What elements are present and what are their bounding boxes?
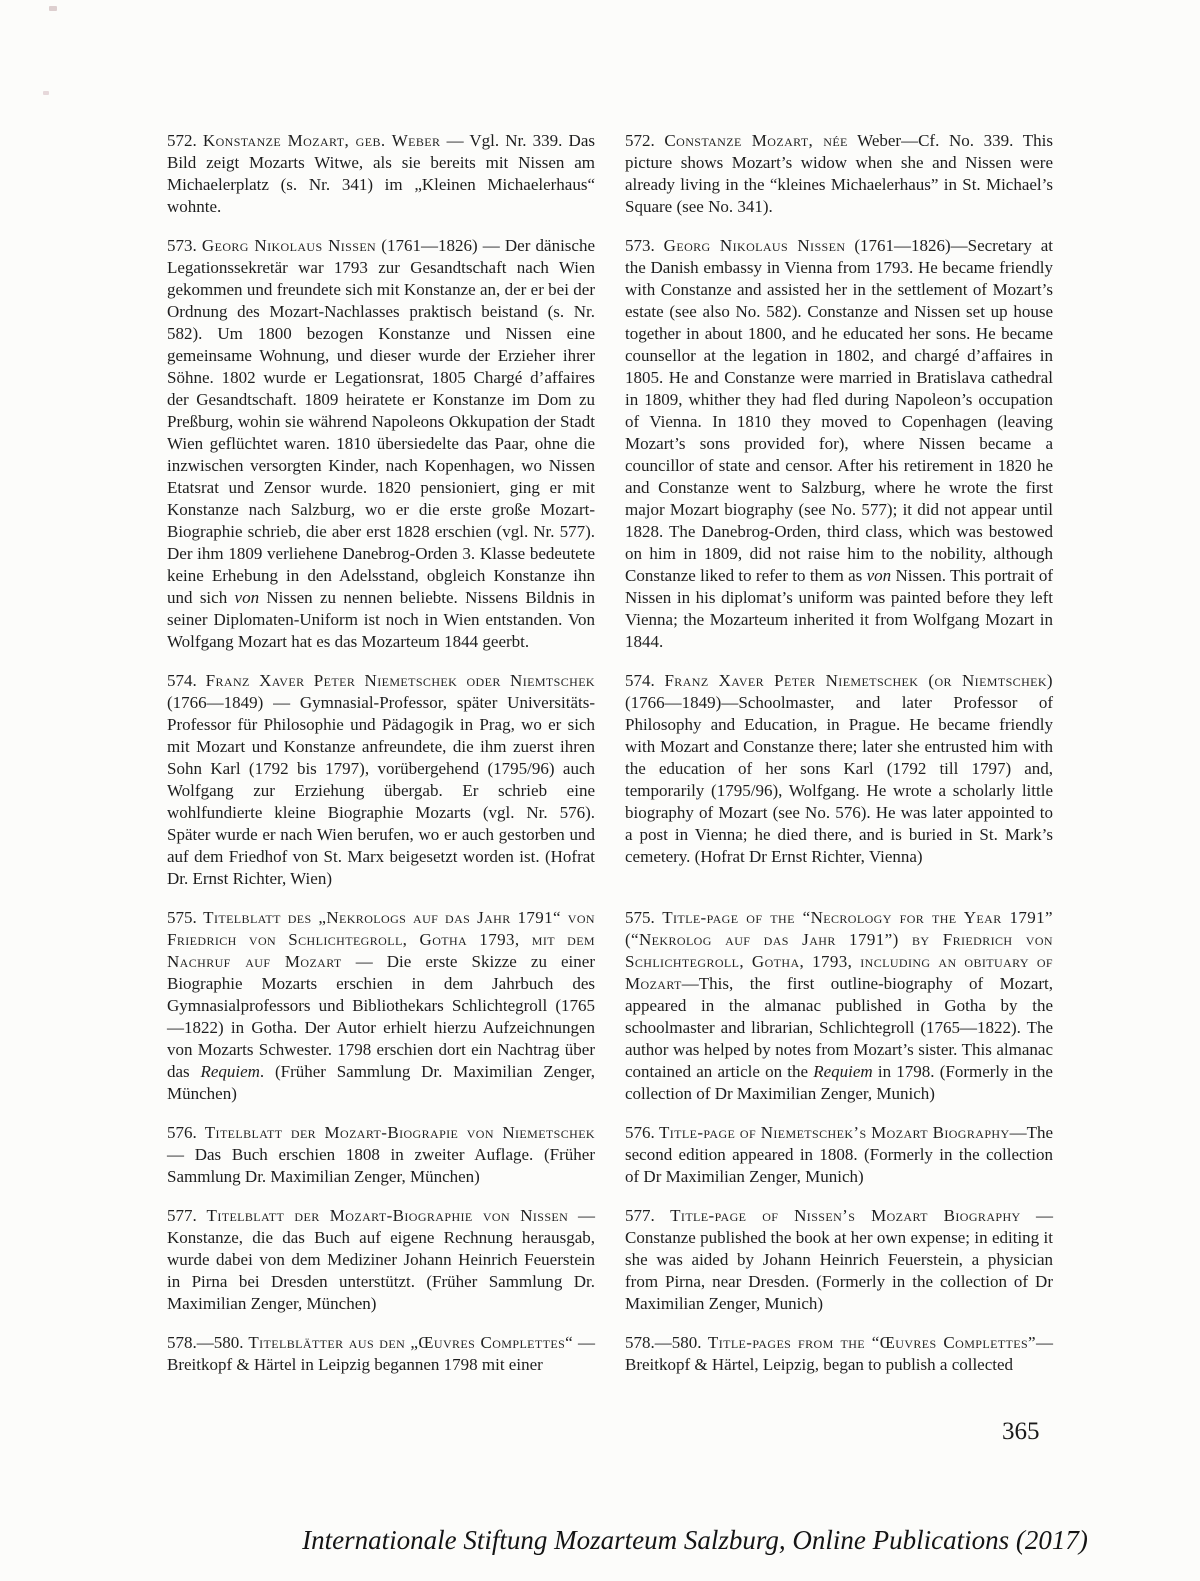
body-text: 573. <box>625 236 664 255</box>
body-text: — Das Buch erschien 1808 in zweiter Aufl… <box>167 1145 595 1186</box>
italic-text: von <box>235 588 260 607</box>
body-text: (1761—1826)—Secretary at the Danish emba… <box>625 236 1053 585</box>
body-text: 574. <box>167 671 206 690</box>
body-text: 578.—580. <box>167 1333 248 1352</box>
body-text: 572. <box>167 131 203 150</box>
entry-heading-text: Title-pages from the “Œuvres Complettes” <box>708 1333 1036 1352</box>
body-text: 575. <box>625 908 662 927</box>
entry-heading-text: Konstanze Mozart, geb. Weber <box>203 131 441 150</box>
entry-heading-text: Georg Nikolaus Nissen <box>664 236 846 255</box>
entry-576-en: 576. Title-page of Niemetschek’s Mozart … <box>625 1122 1053 1188</box>
entry-heading-text: Franz Xaver Peter Niemetschek oder Niemt… <box>206 671 595 690</box>
entry-573-en: 573. Georg Nikolaus Nissen (1761—1826)—S… <box>625 235 1053 653</box>
italic-text: von <box>867 566 892 585</box>
entry-heading-text: Georg Nikolaus Nissen <box>202 236 376 255</box>
entry-heading-text: Titelblätter aus den „Œuvres Complettes“ <box>248 1333 573 1352</box>
body-text: 574. <box>625 671 664 690</box>
scan-artifact-mark <box>43 91 49 95</box>
entry-577-en: 577. Title-page of Nissen’s Mozart Biogr… <box>625 1205 1053 1315</box>
entry-575-en: 575. Title-page of the “Necrology for th… <box>625 907 1053 1105</box>
body-text: 576. <box>167 1123 205 1142</box>
footer-credit: Internationale Stiftung Mozarteum Salzbu… <box>190 1524 1200 1556</box>
body-text: 577. <box>167 1206 207 1225</box>
entry-573-de: 573. Georg Nikolaus Nissen (1761—1826) —… <box>167 235 595 653</box>
entries-grid: 572. Konstanze Mozart, geb. Weber — Vgl.… <box>167 130 1053 1376</box>
entry-heading-text: Title-page of Niemetschek’s Mozart Biogr… <box>659 1123 1010 1142</box>
entry-578-de: 578.—580. Titelblätter aus den „Œuvres C… <box>167 1332 595 1376</box>
entry-578-en: 578.—580. Title-pages from the “Œuvres C… <box>625 1332 1053 1376</box>
entry-heading-text: Franz Xaver Peter Niemetschek (or Niemts… <box>664 671 1053 690</box>
body-text: 573. <box>167 236 202 255</box>
body-text: 577. <box>625 1206 670 1225</box>
body-text: 576. <box>625 1123 659 1142</box>
entry-heading-text: Constanze Mozart, née <box>664 131 847 150</box>
body-text: (1761—1826) — Der dänische Legationssekr… <box>167 236 595 607</box>
entry-572-de: 572. Konstanze Mozart, geb. Weber — Vgl.… <box>167 130 595 218</box>
scan-artifact-mark <box>49 6 57 11</box>
italic-text: Requiem <box>813 1062 872 1081</box>
body-text: (1766—1849)—Schoolmaster, and later Prof… <box>625 693 1053 866</box>
body-text: (1766—1849) — Gymnasial-Professor, späte… <box>167 693 595 888</box>
page-number: 365 <box>1002 1418 1040 1446</box>
entry-heading-text: Titelblatt der Mozart-Biograpie von Niem… <box>205 1123 595 1142</box>
body-text: 578.—580. <box>625 1333 708 1352</box>
entry-577-de: 577. Titelblatt der Mozart-Biographie vo… <box>167 1205 595 1315</box>
entry-574-en: 574. Franz Xaver Peter Niemetschek (or N… <box>625 670 1053 890</box>
entry-575-de: 575. Titelblatt des „Nekrologs auf das J… <box>167 907 595 1105</box>
body-text: 575. <box>167 908 203 927</box>
entry-heading-text: Title-page of Nissen’s Mozart Biography <box>670 1206 1020 1225</box>
entry-572-en: 572. Constanze Mozart, née Weber—Cf. No.… <box>625 130 1053 218</box>
entry-576-de: 576. Titelblatt der Mozart-Biograpie von… <box>167 1122 595 1188</box>
italic-text: Requiem <box>200 1062 259 1081</box>
entry-574-de: 574. Franz Xaver Peter Niemetschek oder … <box>167 670 595 890</box>
entry-heading-text: Titelblatt der Mozart-Biographie von Nis… <box>207 1206 569 1225</box>
body-text: 572. <box>625 131 664 150</box>
